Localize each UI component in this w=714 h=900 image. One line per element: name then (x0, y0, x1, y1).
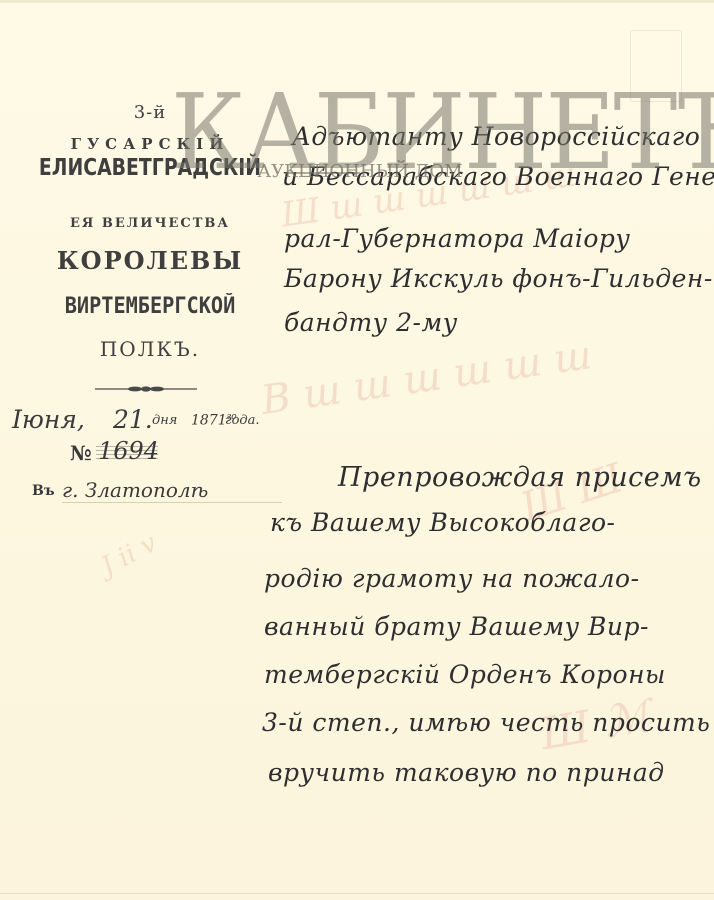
date-day: 21. (113, 405, 153, 434)
body-line: Препровождая присемъ (338, 462, 702, 493)
divider-ornament (95, 386, 197, 392)
regiment-type: ГУСАРСКІЙ (0, 135, 300, 153)
location-place: г. Златополѣ (62, 478, 208, 503)
body-line: вручить таковую по принад (268, 758, 665, 787)
address-line: рал-Губернатора Маіору (284, 224, 630, 253)
date-month: Іюня, (12, 405, 85, 434)
body-line: тембергскій Орденъ Короны (264, 660, 666, 689)
bleed-through-signature: J ii v (96, 528, 162, 582)
address-line: бандту 2-му (284, 308, 458, 337)
address-line: и Бессарабскаго Военнаго Гене- (282, 162, 714, 191)
date-year-word: года. (225, 413, 260, 428)
regiment-patron-queen: КОРОЛЕВЫ (0, 246, 300, 275)
regiment-number: 3-й (0, 102, 300, 123)
letter-date: Іюня, 21. дня 1871го года. (10, 405, 270, 435)
address-line: Барону Икскуль фонъ-Гильден- (284, 264, 713, 293)
number-sign: № (70, 441, 92, 465)
body-line: 3-й степ., имѣю честь просить (262, 708, 710, 737)
body-line: ванный брату Вашему Вир- (264, 612, 649, 641)
body-line: къ Вашему Высокоблаго- (270, 508, 615, 537)
number-value: 1694 (98, 437, 159, 465)
regiment-label: ПОЛКЪ. (0, 337, 300, 361)
bleed-through-text: В ш ш ш ш ш ш (258, 332, 594, 424)
regiment-patron-country: ВИРТЕМБЕРГСКОЙ (12, 294, 288, 319)
document-page: Ш ш ш ш ш ш ш В ш ш ш ш ш ш Ш Ш J ii v Ш… (0, 0, 714, 900)
address-line: Адъютанту Новороссійскаго (292, 122, 700, 151)
date-day-word: дня (152, 413, 177, 428)
regiment-name: ЕЛИСАВЕТГРАДСКІЙ (27, 155, 273, 181)
bleed-through-stamp (630, 30, 682, 102)
body-line: родію грамоту на пожало- (264, 564, 640, 593)
location-prefix: Въ (32, 483, 55, 499)
location-underline (62, 502, 282, 503)
regiment-patron-title: ЕЯ ВЕЛИЧЕСТВА (0, 216, 300, 231)
